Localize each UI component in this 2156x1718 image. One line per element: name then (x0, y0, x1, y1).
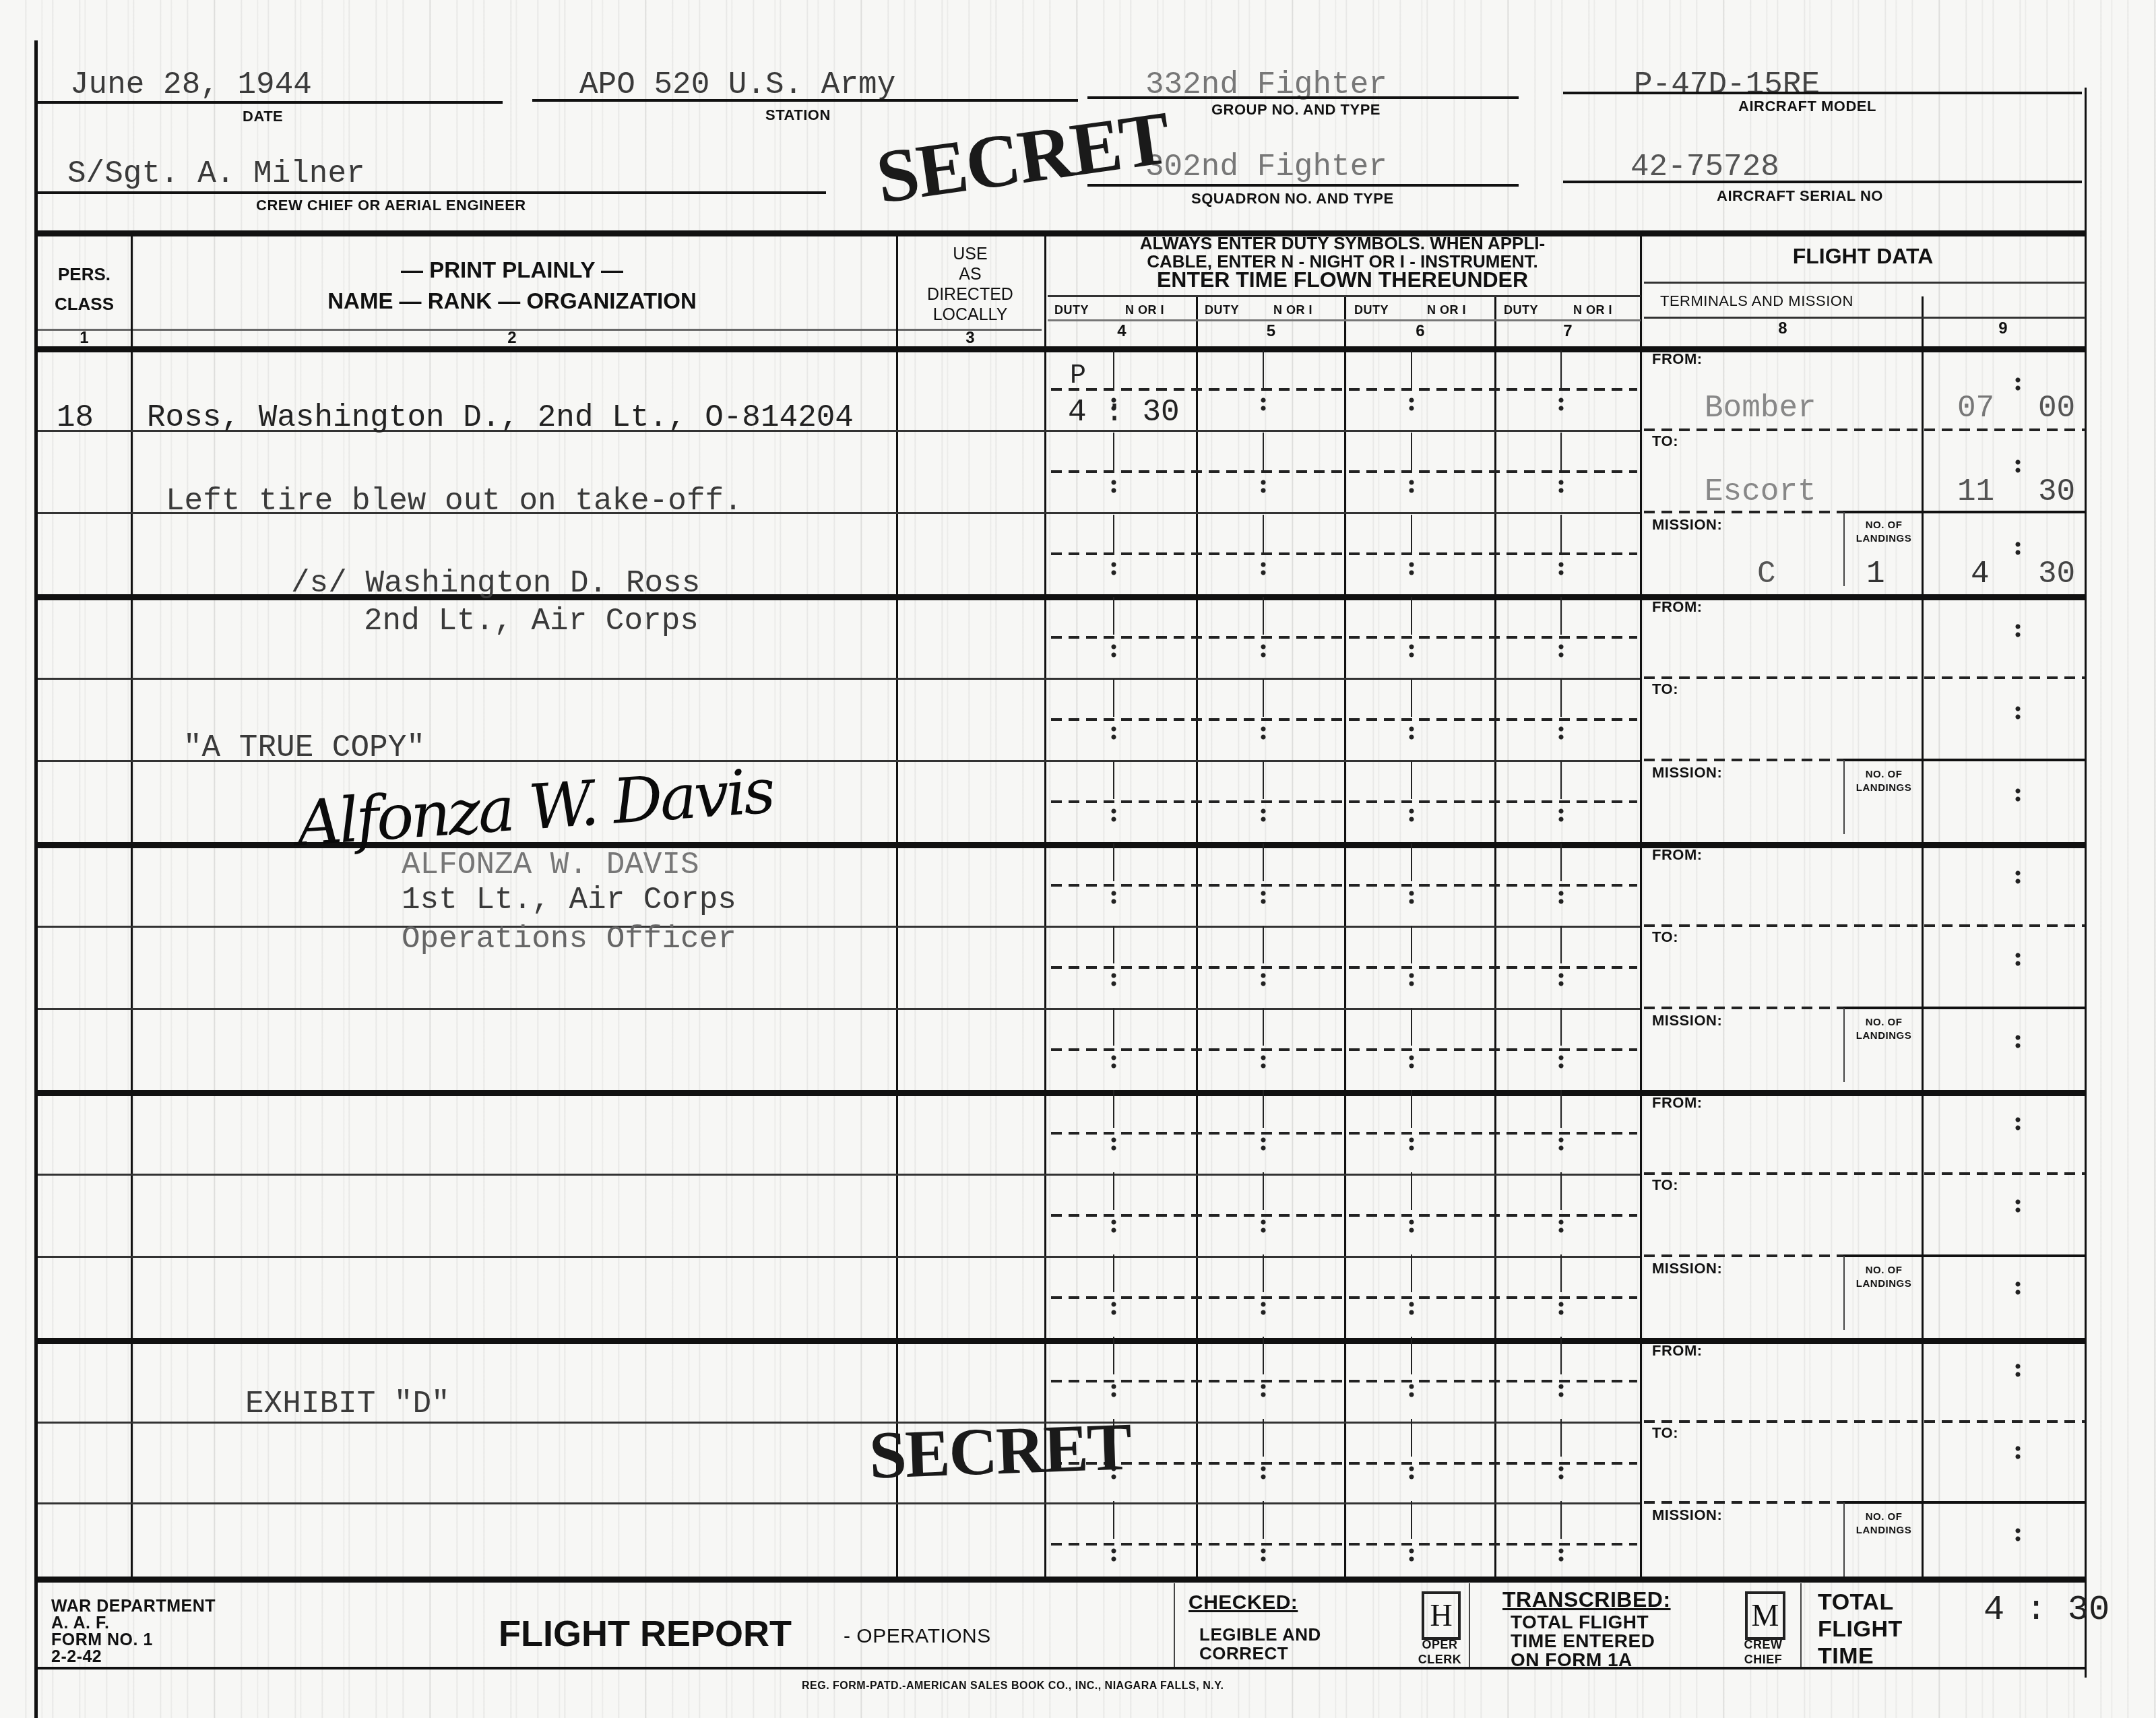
to-min: 30 (2038, 474, 2075, 509)
station-underline (532, 99, 1078, 102)
to-mission-divider-3b (1843, 1007, 2086, 1009)
duty-label-5: DUTY (1205, 303, 1239, 317)
mission-label-1: MISSION: (1652, 516, 1722, 534)
serial-underline (1563, 181, 2082, 183)
time-colons-7 (1558, 397, 1564, 1570)
total-flight-line: TOTAL FLIGHT (1511, 1613, 1655, 1632)
landings-box-1 (1843, 512, 1845, 586)
oper-clerk-initial-box: H (1422, 1591, 1461, 1640)
duty-dash-line (1051, 1543, 1637, 1546)
landings-word: LANDINGS (1850, 532, 1917, 546)
duty-dash-line (1051, 966, 1637, 969)
secret-stamp-top: SECRET (871, 94, 1174, 221)
landings-box-4 (1843, 1256, 1845, 1330)
landings-box-3 (1843, 1008, 1845, 1082)
duty-label-6: DUTY (1354, 303, 1389, 317)
officer-name: ALFONZA W. DAVIS (402, 848, 699, 883)
time-colons-9 (2015, 377, 2021, 1570)
mission-label-5: MISSION: (1652, 1506, 1722, 1524)
name-rank-org-label: NAME — RANK — ORGANIZATION (135, 286, 889, 317)
duty-instr-line-1: ALWAYS ENTER DUTY SYMBOLS. WHEN APPLI- (1048, 234, 1637, 253)
total-word: TOTAL (1818, 1589, 1903, 1616)
n-or-i-label-5: N OR I (1273, 303, 1312, 317)
time-colons-6 (1408, 397, 1415, 1570)
landings-value: 1 (1866, 556, 1885, 592)
no-of-label: NO. OF (1850, 1510, 1917, 1524)
landings-word: LANDINGS (1850, 1524, 1917, 1537)
n-or-i-label-6: N OR I (1427, 303, 1466, 317)
landings-label-5: NO. OFLANDINGS (1850, 1510, 1917, 1537)
to-mission-divider-2b (1843, 759, 2086, 761)
clerk-word: CLERK (1415, 1652, 1465, 1667)
right-border (2085, 88, 2087, 1678)
landings-label-2: NO. OFLANDINGS (1850, 768, 1917, 795)
oper-word: OPER (1415, 1637, 1465, 1652)
to-mission-divider-1 (1644, 511, 1846, 513)
serial-label: AIRCRAFT SERIAL NO (1717, 187, 1883, 205)
to-label-3: TO: (1652, 928, 1678, 946)
secret-stamp-bottom: SECRET (868, 1407, 1132, 1494)
duty-dash-line (1051, 388, 1637, 391)
duty-dash-line (1051, 1462, 1637, 1465)
name-entry: Ross, Washington D., 2nd Lt., O-814204 (147, 400, 854, 435)
date-label: DATE (243, 108, 283, 125)
duty-number-rule (1048, 319, 1641, 321)
landings-label-1: NO. OFLANDINGS (1850, 519, 1917, 546)
duration-min: 30 (2038, 556, 2075, 592)
col-num-4: 4 (1048, 322, 1196, 341)
group-label: GROUP NO. AND TYPE (1211, 101, 1381, 119)
footer-divider-1 (1174, 1583, 1175, 1667)
col-num-5: 5 (1198, 322, 1344, 341)
print-plainly-label: — PRINT PLAINLY — (135, 255, 889, 286)
station-value: APO 520 U.S. Army (579, 67, 895, 102)
col-num-6: 6 (1346, 322, 1494, 341)
footer-divider-3 (1800, 1583, 1802, 1667)
transcribed-detail: TOTAL FLIGHT TIME ENTERED ON FORM 1A (1511, 1613, 1655, 1669)
from-to-divider-2 (1644, 676, 2085, 679)
col-num-1: 1 (40, 329, 128, 348)
squadron-label: SQUADRON NO. AND TYPE (1191, 190, 1394, 208)
to-mission-divider-5 (1644, 1501, 1846, 1504)
col-divider-5 (1344, 296, 1346, 1580)
correct: CORRECT (1199, 1644, 1321, 1663)
use-label: USE (899, 244, 1041, 264)
crew-word: CREW (1736, 1637, 1791, 1652)
mission-label-4: MISSION: (1652, 1260, 1722, 1277)
checked-label: CHECKED: (1188, 1591, 1298, 1614)
duty-label-4: DUTY (1054, 303, 1089, 317)
exhibit-label: EXHIBIT "D" (245, 1387, 450, 1422)
remark-entry: Left tire blew out on take-off. (166, 484, 742, 519)
from-label-4: FROM: (1652, 1094, 1703, 1112)
to-mission-divider-4b (1843, 1254, 2086, 1257)
date-underline (38, 101, 503, 104)
crew-chief-label: CREW CHIEF OR AERIAL ENGINEER (256, 197, 526, 214)
pers-class-header: PERS. CLASS (40, 259, 128, 319)
landings-word: LANDINGS (1850, 782, 1917, 795)
landings-label-4: NO. OFLANDINGS (1850, 1264, 1917, 1291)
duty-time: 4 : 30 (1068, 395, 1180, 430)
to-mission-divider-4 (1644, 1254, 1846, 1257)
from-label-2: FROM: (1652, 598, 1703, 616)
row-line (38, 1256, 1640, 1258)
col-divider-4 (1196, 296, 1198, 1580)
legible-and: LEGIBLE AND (1199, 1625, 1321, 1644)
left-border (34, 40, 38, 1718)
to-mission-divider-1b (1843, 511, 2086, 513)
war-department: WAR DEPARTMENT (51, 1598, 216, 1615)
row-line (38, 926, 1640, 928)
flight-data-rule-1 (1644, 282, 2085, 284)
locally-label: LOCALLY (899, 305, 1041, 325)
chief-word: CHIEF (1736, 1652, 1791, 1667)
officer-rank: 1st Lt., Air Corps (402, 883, 736, 918)
true-copy: "A TRUE COPY" (183, 730, 425, 765)
to-label-1: TO: (1652, 433, 1678, 450)
from-hour: 07 (1957, 391, 1994, 426)
as-label: AS (899, 264, 1041, 284)
signature-rank: 2nd Lt., Air Corps (364, 604, 699, 639)
no-of-label: NO. OF (1850, 519, 1917, 532)
printer-imprint: REG. FORM-PATD.-AMERICAN SALES BOOK CO.,… (802, 1680, 1224, 1692)
duty-dash-line (1051, 718, 1637, 721)
mission-value: C (1757, 556, 1776, 592)
footer-bottom-border (38, 1667, 2086, 1669)
total-flight-time-value: 4 : 30 (1984, 1590, 2110, 1630)
transcribed-label: TRANSCRIBED: (1502, 1587, 1671, 1612)
pers-label: PERS. (40, 259, 128, 289)
footer-divider-2 (1469, 1583, 1470, 1667)
from-label-3: FROM: (1652, 846, 1703, 864)
footer-top-border (38, 1577, 2086, 1583)
block-border-4 (38, 1338, 2086, 1344)
from-min: 00 (2038, 391, 2075, 426)
row-line (38, 1174, 1640, 1176)
station-label: STATION (765, 106, 831, 124)
col-num-2: 2 (135, 329, 889, 348)
crew-chief-footer-label: CREW CHIEF (1736, 1637, 1791, 1667)
col-divider-2 (896, 236, 898, 1580)
to-label-2: TO: (1652, 680, 1678, 698)
duty-dash-line (1051, 1048, 1637, 1051)
row-line (38, 1422, 1640, 1424)
to-mission-divider-5b (1843, 1501, 2086, 1504)
col-num-9: 9 (1922, 319, 2085, 338)
landings-label-3: NO. OFLANDINGS (1850, 1016, 1917, 1043)
row-line (38, 678, 1640, 680)
use-locally-header: USE AS DIRECTED LOCALLY (899, 244, 1041, 325)
form-title: FLIGHT REPORT (499, 1613, 792, 1655)
squadron-value: 302nd Fighter (1145, 150, 1387, 185)
duty-dash-line (1051, 470, 1637, 473)
aircraft-model-label: AIRCRAFT MODEL (1738, 98, 1876, 115)
total-flight-time-label: TOTAL FLIGHT TIME (1818, 1589, 1903, 1669)
duty-dash-line (1051, 1380, 1637, 1382)
duty-dash-line (1051, 1132, 1637, 1135)
class-label: CLASS (40, 289, 128, 319)
duty-dash-line (1051, 884, 1637, 887)
landings-word: LANDINGS (1850, 1277, 1917, 1291)
duty-subheader-rule (1048, 295, 1641, 297)
from-label-1: FROM: (1652, 350, 1703, 368)
squadron-underline (1087, 184, 1519, 187)
no-of-label: NO. OF (1850, 768, 1917, 782)
from-to-divider-1 (1644, 428, 2085, 431)
form-date: 2-2-42 (51, 1649, 216, 1665)
oper-clerk-label: OPER CLERK (1415, 1637, 1465, 1667)
officer-title: Operations Officer (402, 922, 736, 957)
directed-label: DIRECTED (899, 284, 1041, 305)
to-mission-divider-3 (1644, 1007, 1846, 1009)
n-or-i-label-4: N OR I (1125, 303, 1164, 317)
flight-data-rule-2 (1644, 317, 2085, 319)
col-num-3: 3 (899, 329, 1041, 348)
signature-line: /s/ Washington D. Ross (291, 566, 700, 601)
to-label-5: TO: (1652, 1424, 1678, 1442)
mission-label-2: MISSION: (1652, 764, 1722, 782)
time-colons-5 (1260, 397, 1267, 1570)
crew-chief-value: S/Sgt. A. Milner (67, 156, 365, 191)
to-hour: 11 (1957, 474, 1994, 509)
time-word: TIME (1818, 1643, 1903, 1669)
pers-class-value: 18 (57, 400, 94, 435)
duty-dash-line (1051, 552, 1637, 555)
row-line (38, 1008, 1640, 1010)
duty-dash-line (1051, 1296, 1637, 1299)
col-divider-1 (131, 236, 133, 1580)
no-of-label: NO. OF (1850, 1264, 1917, 1277)
duty-instructions: ALWAYS ENTER DUTY SYMBOLS. WHEN APPLI- C… (1048, 234, 1637, 289)
form-subtitle: - OPERATIONS (844, 1625, 991, 1648)
name-header: — PRINT PLAINLY — NAME — RANK — ORGANIZA… (135, 255, 889, 317)
time-colons-4 (1110, 397, 1117, 1570)
col-divider-8 (1922, 296, 1924, 1580)
duration-hour: 4 (1971, 556, 1990, 592)
to-label-4: TO: (1652, 1176, 1678, 1194)
block-border-3 (38, 1090, 2086, 1096)
duty-dash-line (1051, 1214, 1637, 1217)
from-to-divider-5 (1644, 1420, 2085, 1423)
form-identifier: WAR DEPARTMENT A. A. F. FORM NO. 1 2-2-4… (51, 1598, 216, 1665)
duty-label-7: DUTY (1504, 303, 1538, 317)
crew-chief-initial-box: M (1745, 1591, 1785, 1640)
duty-dash-line (1051, 800, 1637, 803)
duty-instr-line-3: ENTER TIME FLOWN THEREUNDER (1048, 271, 1637, 289)
from-value: Bomber (1705, 391, 1816, 426)
landings-box-5 (1843, 1502, 1845, 1577)
aaf-label: A. A. F. (51, 1615, 216, 1632)
col-num-8: 8 (1644, 319, 1922, 338)
legible-label: LEGIBLE AND CORRECT (1199, 1625, 1321, 1663)
duty-symbol: P (1070, 361, 1086, 391)
serial-value: 42-75728 (1630, 150, 1779, 185)
col-num-7: 7 (1496, 322, 1640, 341)
to-mission-divider-2 (1644, 759, 1846, 761)
crew-chief-underline (38, 191, 826, 194)
landings-word: LANDINGS (1850, 1029, 1917, 1043)
col-divider-3 (1044, 236, 1046, 1580)
from-to-divider-3 (1644, 924, 2085, 927)
time-entered-line: TIME ENTERED (1511, 1632, 1655, 1651)
flight-data-header: FLIGHT DATA (1644, 244, 2082, 269)
n-or-i-label-7: N OR I (1573, 303, 1612, 317)
to-value: Escort (1705, 474, 1816, 509)
no-of-label: NO. OF (1850, 1016, 1917, 1029)
from-to-divider-4 (1644, 1172, 2085, 1175)
form-number: FORM NO. 1 (51, 1632, 216, 1649)
col-divider-6 (1494, 296, 1496, 1580)
flight-word: FLIGHT (1818, 1616, 1903, 1643)
date-value: June 28, 1944 (70, 67, 312, 102)
row-line (38, 1502, 1640, 1504)
duty-dash-line (1051, 636, 1637, 639)
terminals-label: TERMINALS AND MISSION (1660, 292, 1853, 310)
aircraft-model-underline (1563, 92, 2082, 94)
landings-box-2 (1843, 760, 1845, 834)
from-label-5: FROM: (1652, 1342, 1703, 1360)
mission-label-3: MISSION: (1652, 1012, 1722, 1029)
col-divider-7 (1640, 236, 1642, 1580)
